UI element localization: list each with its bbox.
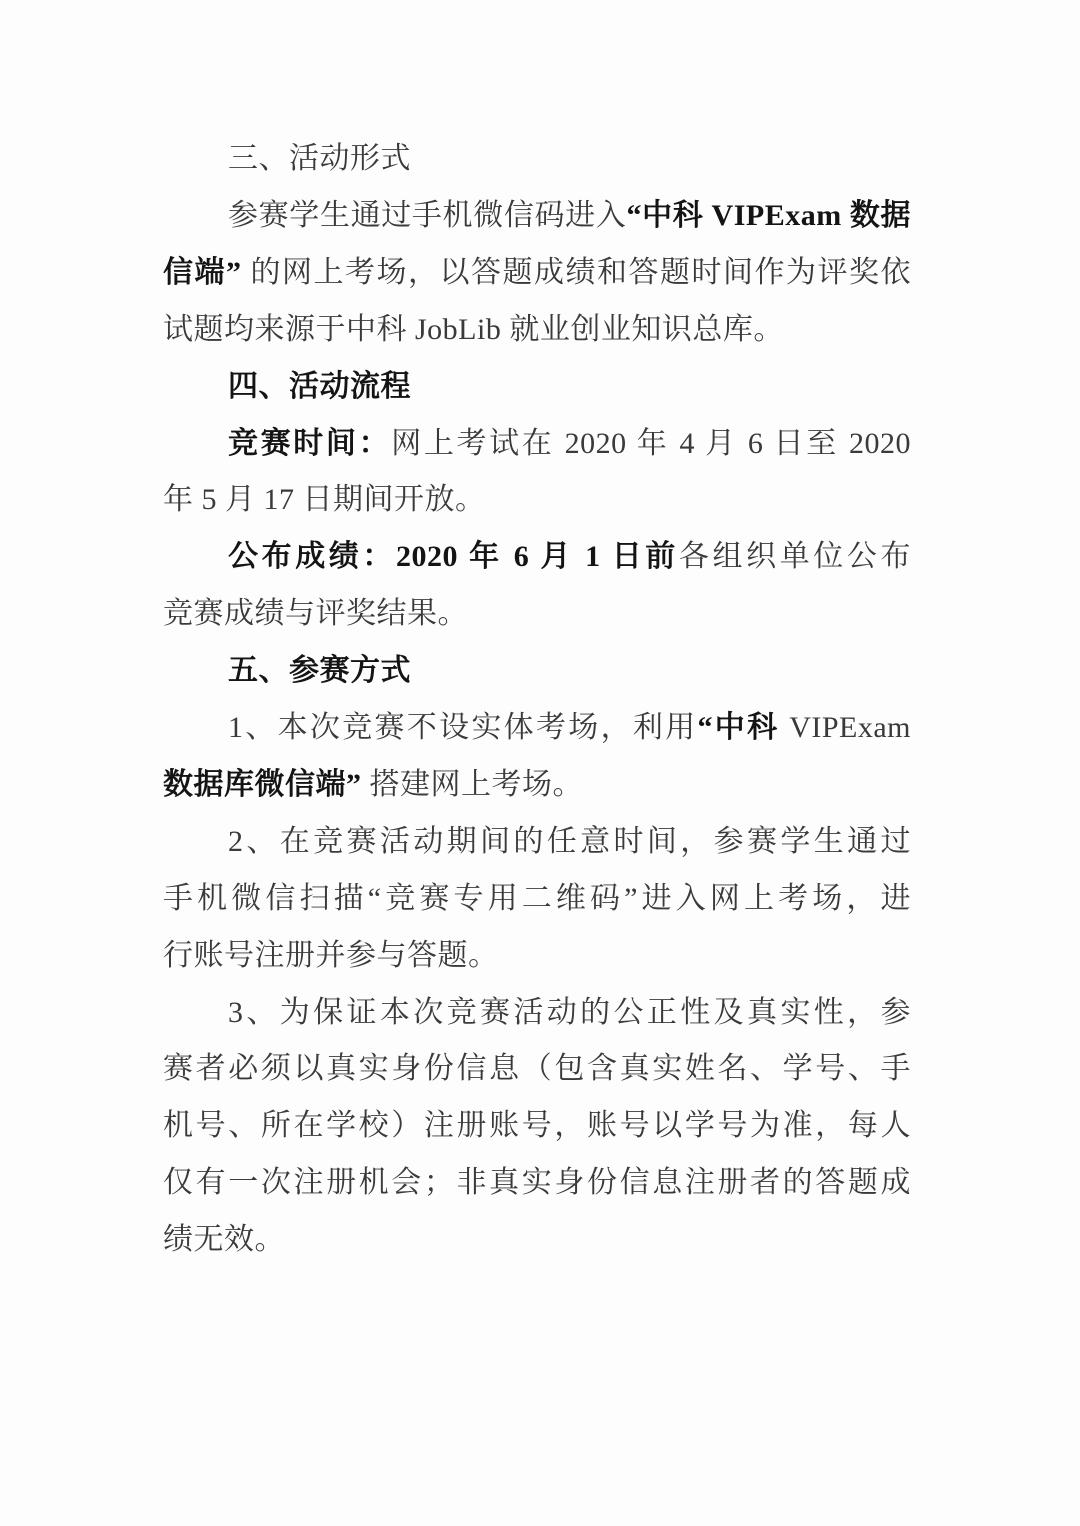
text-segment: 行账号注册并参与答题。 xyxy=(163,939,499,972)
text-segment: 手机微信扫描“竞赛专用二维码”进入网上考场，进 xyxy=(163,882,911,915)
text-line: 赛者必须以真实身份信息（包含真实姓名、学号、手 xyxy=(163,1048,911,1092)
text-line: 3、为保证本次竞赛活动的公正性及真实性，参 xyxy=(163,992,911,1036)
text-line: 五、参赛方式 xyxy=(163,650,911,694)
text-line: 竞赛成绩与评奖结果。 xyxy=(163,593,911,637)
text-line: 年 5 月 17 日期间开放。 xyxy=(163,479,911,523)
text-segment: 的网上考场，以答题成绩和答题时间作为评奖依据。 xyxy=(163,256,911,296)
text-segment: VIPExam xyxy=(779,711,911,744)
text-line: 2、在竞赛活动期间的任意时间，参赛学生通过 xyxy=(163,821,911,865)
bold-text-segment: 四、活动流程 xyxy=(228,370,411,403)
text-line: 1、本次竞赛不设实体考场，利用“中科 VIPExam xyxy=(163,707,911,751)
text-line: 参赛学生通过手机微信码进入“中科 VIPExam 数据库微 xyxy=(163,195,911,239)
text-segment: 参赛学生通过手机微信码进入 xyxy=(228,199,626,232)
text-segment: 搭建网上考场。 xyxy=(362,768,584,801)
text-segment: 3、为保证本次竞赛活动的公正性及真实性，参 xyxy=(228,996,911,1029)
bold-text-segment: 竞赛时间： xyxy=(228,427,391,460)
text-segment: 试题均来源于中科 JobLib 就业创业知识总库。 xyxy=(163,313,784,346)
text-line: 公布成绩：2020 年 6 月 1 日前各组织单位公布 xyxy=(163,536,911,580)
text-segment: 竞赛成绩与评奖结果。 xyxy=(163,597,468,630)
text-segment: 绩无效。 xyxy=(163,1223,285,1256)
text-segment: 仅有一次注册机会；非真实身份信息注册者的答题成 xyxy=(163,1166,911,1199)
text-segment: 2、在竞赛活动期间的任意时间，参赛学生通过 xyxy=(228,825,911,858)
text-line: 试题均来源于中科 JobLib 就业创业知识总库。 xyxy=(163,309,911,353)
bold-text-segment: 五、参赛方式 xyxy=(228,654,411,687)
text-segment: 网上考试在 2020 年 4 月 6 日至 2020 xyxy=(391,427,911,460)
text-line: 信端” 的网上考场，以答题成绩和答题时间作为评奖依据。 xyxy=(163,252,911,296)
text-line: 手机微信扫描“竞赛专用二维码”进入网上考场，进 xyxy=(163,878,911,922)
text-segment: 1、本次竞赛不设实体考场，利用 xyxy=(228,711,697,744)
text-line: 仅有一次注册机会；非真实身份信息注册者的答题成 xyxy=(163,1162,911,1206)
text-line: 数据库微信端” 搭建网上考场。 xyxy=(163,764,911,808)
text-segment: 机号、所在学校）注册账号，账号以学号为准，每人 xyxy=(163,1109,911,1142)
text-segment: 年 5 月 17 日期间开放。 xyxy=(163,483,486,516)
text-segment: 三、活动形式 xyxy=(228,142,411,175)
document-page: 三、活动形式参赛学生通过手机微信码进入“中科 VIPExam 数据库微信端” 的… xyxy=(0,0,1080,1526)
text-line: 四、活动流程 xyxy=(163,366,911,410)
text-line: 机号、所在学校）注册账号，账号以学号为准，每人 xyxy=(163,1105,911,1149)
bold-text-segment: 信端” xyxy=(163,256,242,289)
text-line: 三、活动形式 xyxy=(163,138,911,182)
text-segment: 各组织单位公布 xyxy=(679,540,911,573)
text-line: 竞赛时间：网上考试在 2020 年 4 月 6 日至 2020 xyxy=(163,423,911,467)
text-segment: 赛者必须以真实身份信息（包含真实姓名、学号、手 xyxy=(163,1052,911,1085)
text-line: 绩无效。 xyxy=(163,1219,911,1263)
bold-text-segment: 数据库微信端” xyxy=(163,768,362,801)
bold-text-segment: 公布成绩：2020 年 6 月 1 日前 xyxy=(228,540,679,573)
text-line: 行账号注册并参与答题。 xyxy=(163,935,911,979)
bold-text-segment: “中科 xyxy=(697,711,779,744)
